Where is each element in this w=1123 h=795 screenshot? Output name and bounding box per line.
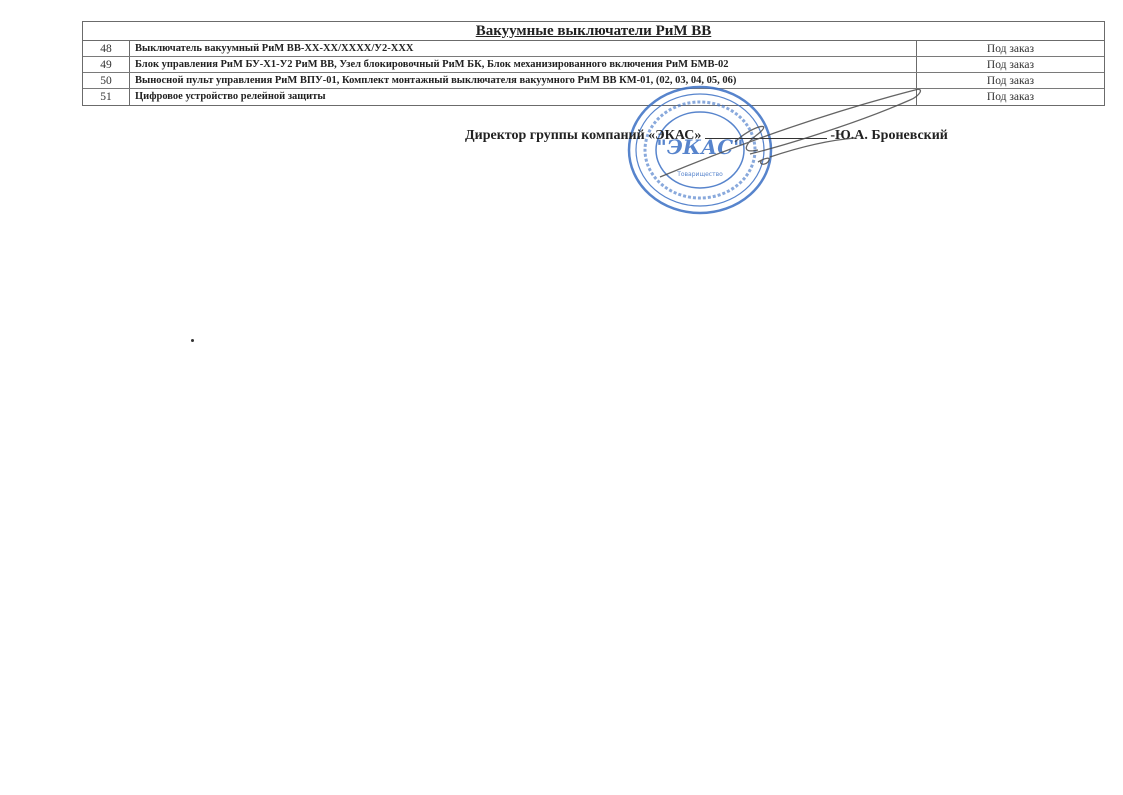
price: Под заказ	[917, 57, 1104, 72]
product-name: Блок управления РиМ БУ-Х1-У2 РиМ ВВ, Узе…	[130, 57, 917, 72]
table-row: 51 Цифровое устройство релейной защиты П…	[83, 89, 1104, 105]
product-name: Выключатель вакуумный РиМ ВВ-ХХ-ХХ/ХХХХ/…	[130, 41, 917, 56]
table-row: 48 Выключатель вакуумный РиМ ВВ-ХХ-ХХ/ХХ…	[83, 41, 1104, 57]
table-title: Вакуумные выключатели РиМ ВВ	[83, 22, 1104, 41]
row-number: 49	[83, 57, 130, 72]
price: Под заказ	[917, 73, 1104, 88]
table-row: 50 Выносной пульт управления РиМ ВПУ-01,…	[83, 73, 1104, 89]
row-number: 51	[83, 89, 130, 105]
price-table: Вакуумные выключатели РиМ ВВ 48 Выключат…	[82, 21, 1105, 106]
price: Под заказ	[917, 89, 1104, 105]
price: Под заказ	[917, 41, 1104, 56]
row-number: 50	[83, 73, 130, 88]
scan-speck	[191, 339, 194, 342]
table-row: 49 Блок управления РиМ БУ-Х1-У2 РиМ ВВ, …	[83, 57, 1104, 73]
row-number: 48	[83, 41, 130, 56]
handwritten-signature-icon	[640, 82, 940, 192]
